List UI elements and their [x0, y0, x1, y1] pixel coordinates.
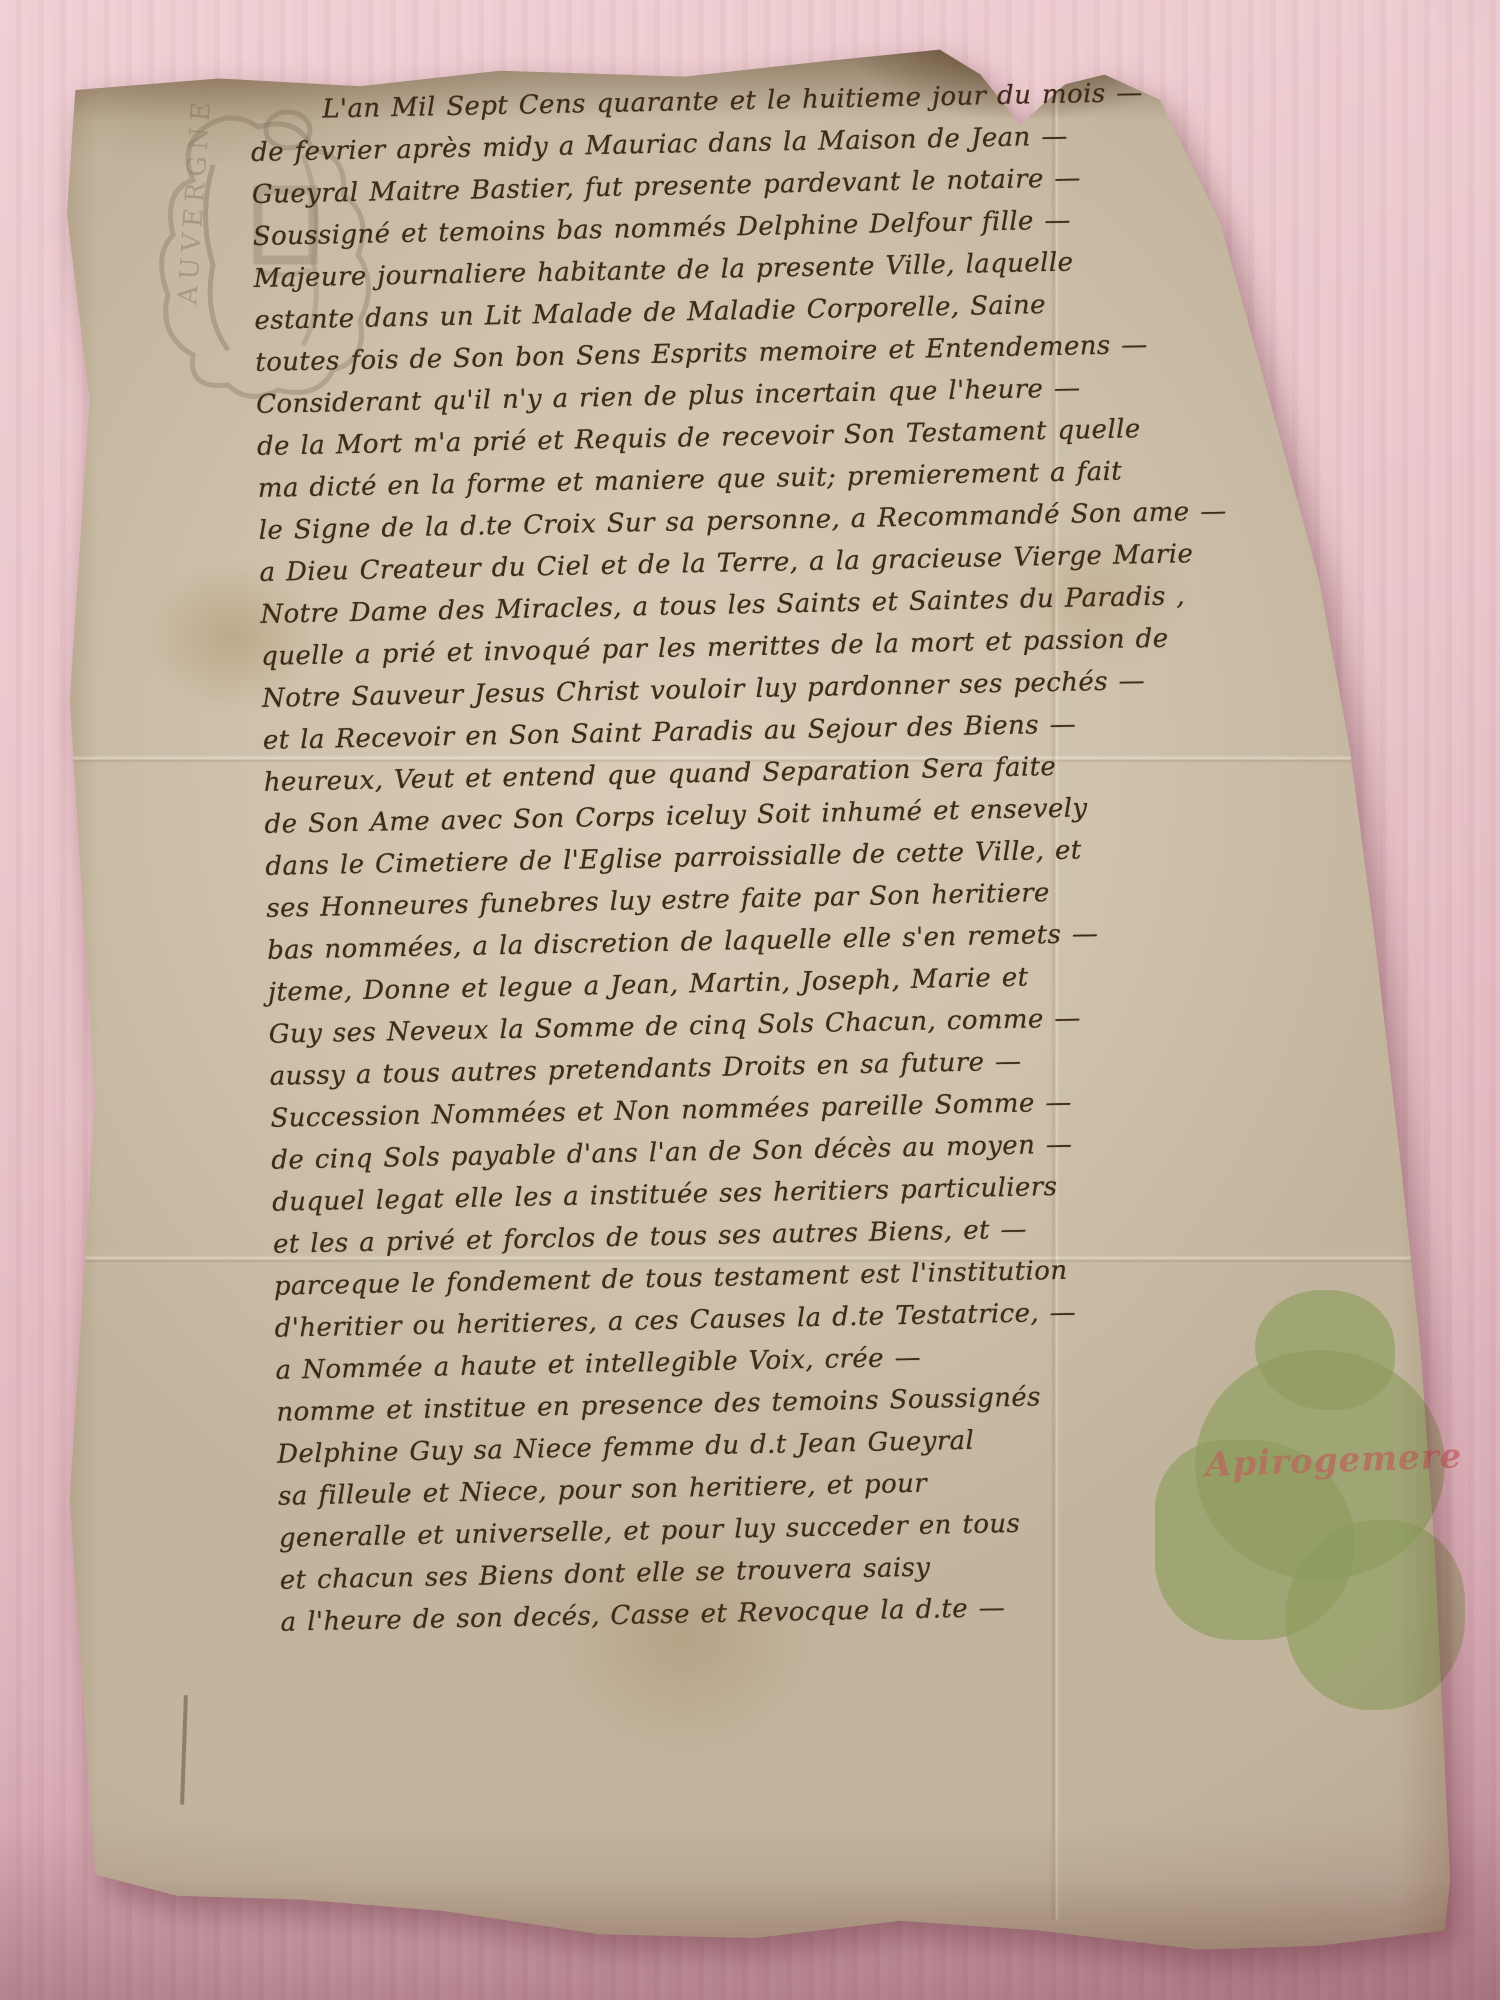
manuscript-text: L'an Mil Sept Cens quarante et le huitie…: [250, 73, 1451, 1650]
stray-ink-mark: [180, 1695, 188, 1805]
